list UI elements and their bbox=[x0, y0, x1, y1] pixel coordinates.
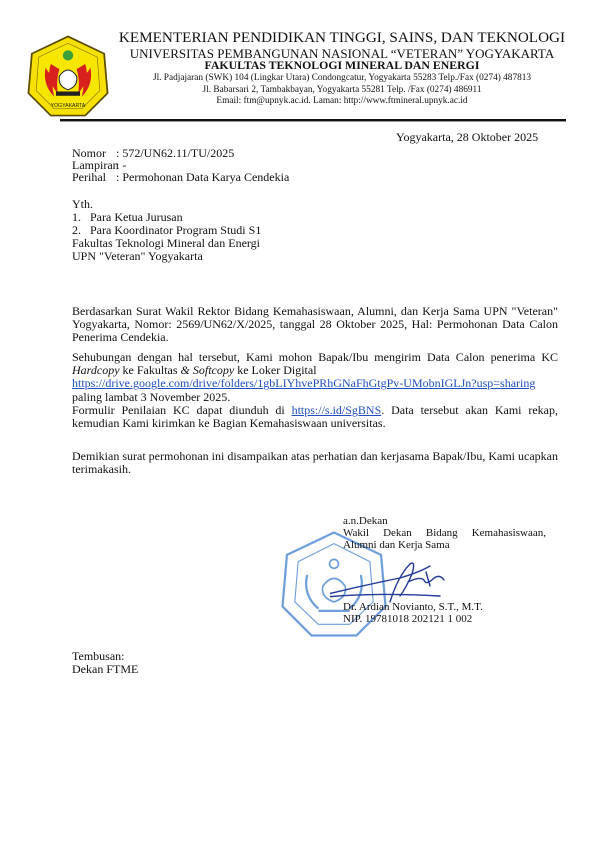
svg-text:YOGYAKARTA: YOGYAKARTA bbox=[51, 103, 86, 109]
letterhead-divider bbox=[60, 119, 566, 122]
form-download-link[interactable]: https://s.id/SgBNS bbox=[292, 403, 382, 417]
signature-title-word-2: Dekan bbox=[383, 527, 412, 539]
letterhead-address-1: Jl. Padjajaran (SWK) 104 (Lingkar Utara)… bbox=[112, 74, 572, 83]
signature-title-word-4: Kemahasiswaan, bbox=[472, 527, 546, 539]
meta-value-perihal: : Permohonan Data Karya Cendekia bbox=[116, 171, 289, 184]
softcopy-term: Softcopy bbox=[190, 363, 234, 377]
meta-value-nomor: : 572/UN62.11/TU/2025 bbox=[116, 147, 234, 160]
paragraph-3-text-a: Formulir Penilaian KC dapat diunduh di bbox=[72, 403, 292, 417]
signature-title-word-1: Wakil bbox=[343, 527, 369, 539]
paragraph-4-text: Demikian surat permohonan ini disampaika… bbox=[72, 450, 558, 476]
signature-title-word-3: Bidang bbox=[426, 527, 458, 539]
university-logo-icon: YOGYAKARTA bbox=[24, 33, 112, 119]
cc-item: Dekan FTME bbox=[72, 663, 138, 676]
body-paragraph-4: Demikian surat permohonan ini disampaika… bbox=[72, 450, 558, 476]
signatory-name: Dr. Ardian Novianto, S.T., M.T. bbox=[343, 601, 483, 613]
letterhead-faculty: FAKULTAS TEKNOLOGI MINERAL DAN ENERGI bbox=[112, 60, 572, 72]
letterhead-address-2: Jl. Babarsari 2, Tambakbayan, Yogyakarta… bbox=[112, 86, 572, 95]
meta-label-perihal: Perihal bbox=[72, 171, 106, 184]
body-paragraph-1: Berdasarkan Surat Wakil Rektor Bidang Ke… bbox=[72, 305, 558, 345]
body-paragraph-3: Formulir Penilaian KC dapat diunduh di h… bbox=[72, 404, 558, 430]
signature-on-behalf: a.n.Dekan bbox=[343, 515, 388, 527]
paragraph-2-deadline: paling lambat 3 November 2025. bbox=[72, 391, 558, 404]
ampersand: & bbox=[181, 363, 190, 377]
paragraph-2-to-locker: ke Loker Digital bbox=[234, 363, 316, 377]
drive-folder-link[interactable]: https://drive.google.com/drive/folders/1… bbox=[72, 376, 535, 390]
signatory-nip: NIP. 19781018 202121 1 002 bbox=[343, 613, 472, 625]
hardcopy-term: Hardcopy bbox=[72, 363, 120, 377]
handwritten-signature-icon bbox=[330, 556, 460, 606]
recipient-university: UPN "Veteran" Yogyakarta bbox=[72, 250, 203, 263]
paragraph-2-to-faculty: ke Fakultas bbox=[120, 363, 181, 377]
letterhead-contact: Email: ftm@upnyk.ac.id. Laman: http://ww… bbox=[112, 97, 572, 106]
body-paragraph-2: Sehubungan dengan hal tersebut, Kami moh… bbox=[72, 351, 558, 404]
letter-date: Yogyakarta, 28 Oktober 2025 bbox=[396, 131, 538, 144]
signature-title-line-1: Wakil Dekan Bidang Kemahasiswaan, bbox=[343, 527, 546, 539]
letterhead-ministry: KEMENTERIAN PENDIDIKAN TINGGI, SAINS, DA… bbox=[112, 30, 572, 45]
signature-title-line-2: Alumni dan Kerja Sama bbox=[343, 539, 450, 551]
paragraph-1-text: Berdasarkan Surat Wakil Rektor Bidang Ke… bbox=[72, 305, 558, 345]
